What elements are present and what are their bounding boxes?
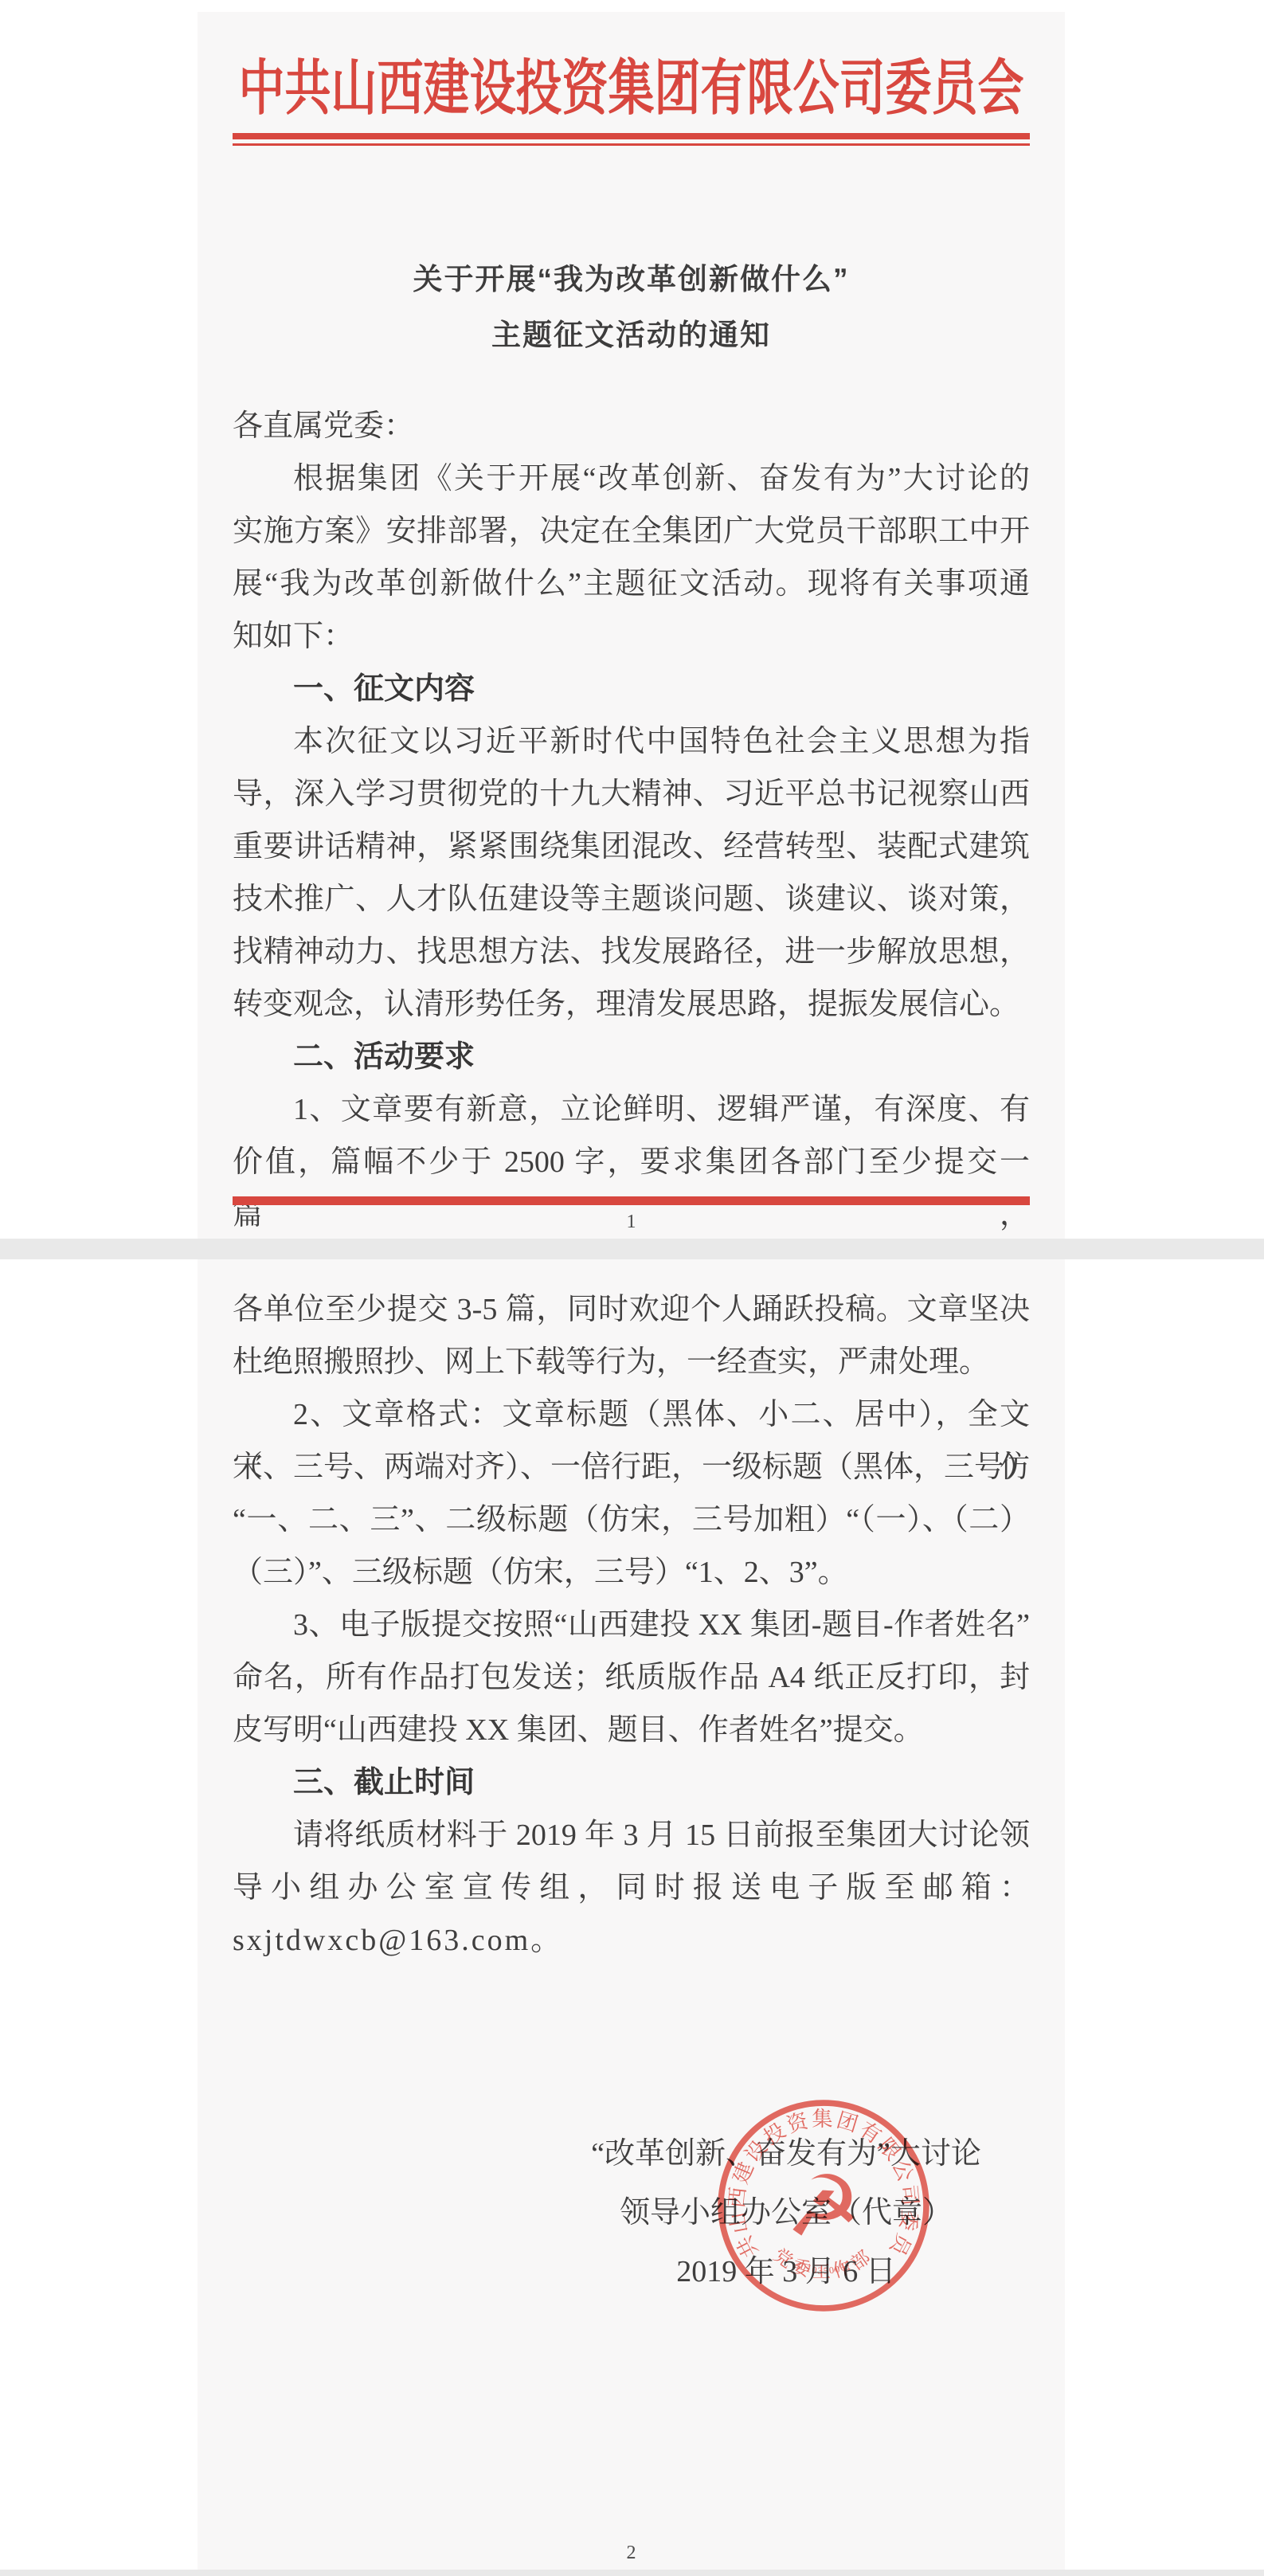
hammer-sickle-icon: ☭ [786,2160,862,2253]
bottom-band [0,2570,1264,2576]
doc-title-line-1: 关于开展“我为改革创新做什么” [198,252,1065,307]
page-1-footer: 1 [198,1196,1065,1234]
page-number-2: 2 [198,2541,1065,2565]
body-line: 3、电子版提交按照“山西建投 XX 集团-题目-作者姓名” [233,1599,1030,1651]
body-line: 各单位至少提交 3-5 篇，同时欢迎个人踊跃投稿。文章坚决 [233,1283,1030,1336]
body-line: 命名，所有作品打包发送；纸质版作品 A4 纸正反打印，封 [233,1651,1030,1704]
body-line: 皮写明“山西建投 XX 集团、题目、作者姓名”提交。 [233,1704,1030,1756]
header-rule-thin [233,143,1030,146]
body-line: 技术推广、人才队伍建设等主题谈问题、谈建议、谈对策， [233,873,1030,926]
section-heading-2: 二、活动要求 [233,1031,1030,1083]
body-line: 1、文章要有新意，立论鲜明、逻辑严谨，有深度、有 [233,1083,1030,1136]
org-title: 中共山西建设投资集团有限公司委员会 [198,49,1065,129]
body-line: 导，深入学习贯彻党的十九大精神、习近平总书记视察山西 [233,768,1030,820]
body-line: 杜绝照搬照抄、网上下载等行为，一经查实，严肃处理。 [233,1336,1030,1388]
email-line: sxjtdwxcb@163.com。 [233,1914,1030,1967]
body-line: 实施方案》安排部署，决定在全集团广大党员干部职工中开 [233,505,1030,558]
body-line: 展“我为改革创新做什么”主题征文活动。现将有关事项通 [233,558,1030,610]
salutation: 各直属党委： [233,400,1030,452]
official-seal: 中共山西建设投资集团有限公司委员会 党委工作部 4010350067 ☭ [715,2097,932,2314]
body-line: 根据集团《关于开展“改革创新、奋发有为”大讨论的 [233,452,1030,505]
body-line: 重要讲话精神，紧紧围绕集团混改、经营转型、装配式建筑 [233,820,1030,873]
doc-title-line-2: 主题征文活动的通知 [198,307,1065,363]
body-line: 请将纸质材料于 2019 年 3 月 15 日前报至集团大讨论领 [233,1809,1030,1862]
page-2: 各单位至少提交 3-5 篇，同时欢迎个人踊跃投稿。文章坚决 杜绝照搬照抄、网上下… [198,1259,1065,2570]
body-line: 导小组办公室宣传组，同时报送电子版至邮箱： [233,1862,1030,1914]
body-line: 本次征文以习近平新时代中国特色社会主义思想为指 [233,715,1030,768]
page-1-body: 各直属党委： 根据集团《关于开展“改革创新、奋发有为”大讨论的 实施方案》安排部… [198,400,1065,1188]
page-gap [0,1239,1264,1259]
section-heading-1: 一、征文内容 [233,663,1030,715]
body-line: 价值，篇幅不少于 2500 字，要求集团各部门至少提交一篇， [233,1136,1030,1188]
body-line: 宋、三号、两端对齐）、一倍行距，一级标题（黑体，三号） [233,1441,1030,1494]
body-line: 找精神动力、找思想方法、找发展路径，进一步解放思想， [233,926,1030,978]
body-line: 知如下： [233,610,1030,663]
body-line: 转变观念，认清形势任务，理清发展思路，提振发展信心。 [233,978,1030,1031]
header-rule-thick [233,133,1030,139]
section-heading-3: 三、截止时间 [233,1756,1030,1809]
body-line: “一、二、三”、二级标题（仿宋，三号加粗）“（一）、（二） [233,1494,1030,1546]
page-1: 中共山西建设投资集团有限公司委员会 关于开展“我为改革创新做什么” 主题征文活动… [198,12,1065,1239]
body-line: （三）”、三级标题（仿宋，三号）“1、2、3”。 [233,1546,1030,1599]
page-number-1: 1 [198,1210,1065,1234]
footer-rule-thick [233,1199,1030,1205]
body-line: 2、文章格式：文章标题（黑体、小二、居中），全文（仿 [233,1388,1030,1441]
page-2-body: 各单位至少提交 3-5 篇，同时欢迎个人踊跃投稿。文章坚决 杜绝照搬照抄、网上下… [198,1259,1065,1967]
